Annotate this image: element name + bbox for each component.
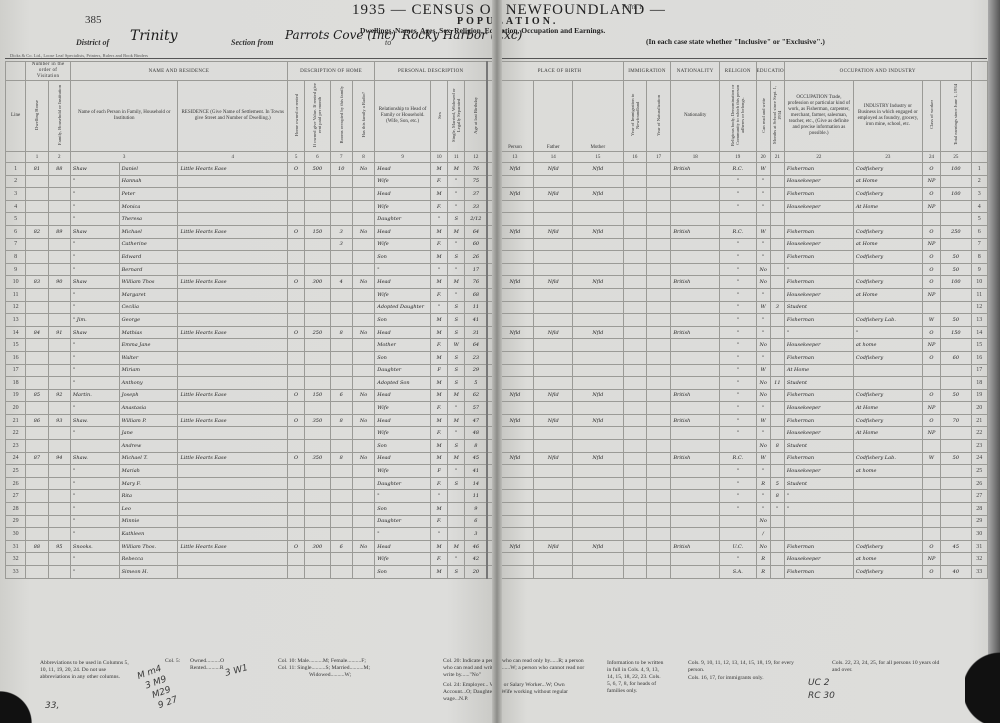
residence [178, 465, 288, 478]
months-school [770, 553, 784, 566]
every-person-note: Cols. 9, 10, 11, 12, 13, 14, 15, 18, 19,… [688, 660, 808, 674]
read-write: W [756, 364, 770, 377]
col-header-relationship: Relationship to Head of Family or Househ… [375, 107, 430, 125]
immigration-year [623, 566, 646, 579]
earnings [941, 301, 971, 314]
marital-status: S [448, 326, 465, 339]
col-num: 25 [941, 152, 971, 163]
surname: " [70, 427, 119, 440]
col-header-marital: Single, Married, Widowed or Legally Sepa… [451, 82, 461, 148]
radio [352, 339, 374, 352]
rooms [330, 503, 352, 516]
occupation: Housekeeper [784, 553, 853, 566]
religion: " [720, 200, 757, 213]
months-school [770, 288, 784, 301]
nationality [671, 528, 720, 541]
marital-status: M [448, 414, 465, 427]
birthplace-father [534, 465, 573, 478]
age: 31 [465, 326, 487, 339]
marital-status: " [448, 175, 465, 188]
owned-rented [287, 188, 304, 201]
birthplace-father: Nfld [534, 225, 573, 238]
surname: " [70, 213, 119, 226]
occupation: Fisherman [784, 389, 853, 402]
line-number-right: 27 [971, 490, 987, 503]
given-name: Rita [119, 490, 178, 503]
sex: M [430, 414, 447, 427]
surname: " [70, 175, 119, 188]
nationality [671, 301, 720, 314]
home-value: 350 [305, 414, 330, 427]
industry: at home [853, 339, 922, 352]
age: 64 [465, 339, 487, 352]
given-name: Emma Jane [119, 339, 178, 352]
owned-rented [287, 263, 304, 276]
birthplace-father [534, 288, 573, 301]
book-spine [492, 0, 502, 723]
religion: " [720, 288, 757, 301]
family-number [48, 528, 70, 541]
group-immigration: IMMIGRATION [628, 69, 665, 74]
age: 41 [465, 465, 487, 478]
pencil-note: UC 2 [808, 678, 829, 688]
group-nationality: NATIONALITY [677, 69, 714, 74]
industry: Codfishery Lab. [853, 452, 922, 465]
religion: " [720, 175, 757, 188]
family-number [48, 515, 70, 528]
immigration-year [623, 251, 646, 264]
rooms [330, 402, 352, 415]
residence: Little Hearts Ease [178, 414, 288, 427]
immigration-year [623, 528, 646, 541]
col-num: 15 [572, 152, 623, 163]
relationship: Daughter [375, 213, 431, 226]
read-write: No [756, 389, 770, 402]
given-name: Hannah [119, 175, 178, 188]
col-header-mother: Mother [589, 145, 606, 151]
rooms [330, 263, 352, 276]
relationship: Wife [375, 288, 431, 301]
relationship: Son [375, 566, 431, 579]
family-number [48, 288, 70, 301]
birthplace-father [534, 314, 573, 327]
ten-years-note: Cols. 22, 23, 24, 25, for all persons 10… [832, 660, 942, 674]
given-name: Catherine [119, 238, 178, 251]
class-of-worker [922, 377, 940, 390]
col-header-occupation: OCCUPATION Trade, profession or particul… [785, 95, 853, 137]
naturalization-year [647, 414, 671, 427]
family-number: 89 [48, 225, 70, 238]
radio [352, 465, 374, 478]
given-name: George [119, 314, 178, 327]
line-number: 15 [6, 339, 26, 352]
age: 60 [465, 238, 487, 251]
sex: F. [430, 477, 447, 490]
marital-status: S [448, 351, 465, 364]
line-number-right: 16 [971, 351, 987, 364]
line-number: 8 [6, 251, 26, 264]
marital-status: S [448, 301, 465, 314]
given-name: Daniel [119, 163, 178, 176]
radio [352, 251, 374, 264]
industry: Codfishery [853, 188, 922, 201]
earnings: 50 [941, 251, 971, 264]
given-name: Mary F. [119, 477, 178, 490]
class-of-worker [922, 440, 940, 453]
family-number [48, 566, 70, 579]
sex: " [430, 490, 447, 503]
residence [178, 427, 288, 440]
immigration-year [623, 263, 646, 276]
pencil-note: RC 30 [808, 691, 835, 701]
birthplace-mother [572, 263, 623, 276]
home-value: 150 [305, 225, 330, 238]
residence [178, 402, 288, 415]
home-value [305, 515, 330, 528]
nationality [671, 175, 720, 188]
occupation: Fisherman [784, 251, 853, 264]
months-school [770, 276, 784, 289]
naturalization-year [647, 402, 671, 415]
rooms [330, 200, 352, 213]
naturalization-year [647, 553, 671, 566]
rooms [330, 490, 352, 503]
marital-status: M [448, 540, 465, 553]
given-name: Michael [119, 225, 178, 238]
radio: No [352, 225, 374, 238]
dwelling-number [26, 188, 48, 201]
immigration-year [623, 288, 646, 301]
radio [352, 364, 374, 377]
relationship: Daughter [375, 477, 431, 490]
dwelling-number [26, 515, 48, 528]
religion: " [720, 301, 757, 314]
birthplace-father [534, 477, 573, 490]
surname: " [70, 200, 119, 213]
line-number: 6 [6, 225, 26, 238]
home-value [305, 503, 330, 516]
sex: F. [430, 175, 447, 188]
col-num: 24 [922, 152, 940, 163]
rooms [330, 566, 352, 579]
residence: Little Hearts Ease [178, 225, 288, 238]
immigration-year [623, 452, 646, 465]
industry [853, 301, 922, 314]
immigration-year [623, 440, 646, 453]
given-name: Joseph [119, 389, 178, 402]
home-value [305, 238, 330, 251]
religion: S.A. [720, 566, 757, 579]
dwelling-number [26, 213, 48, 226]
earnings: 45 [941, 540, 971, 553]
read-write: No [756, 377, 770, 390]
industry [853, 213, 922, 226]
owned-rented [287, 339, 304, 352]
months-school: 11 [770, 377, 784, 390]
sex: F. [430, 553, 447, 566]
months-school [770, 213, 784, 226]
religion: " [720, 276, 757, 289]
owned-rented [287, 427, 304, 440]
home-value [305, 364, 330, 377]
owned-rented [287, 377, 304, 390]
family-number [48, 440, 70, 453]
rooms [330, 301, 352, 314]
col-header-earnings: Total earnings since June 1, 1934 [953, 84, 958, 145]
line-number-right: 26 [971, 477, 987, 490]
age: 46 [465, 540, 487, 553]
marital-status: S [448, 314, 465, 327]
owned-rented: O [287, 163, 304, 176]
occupation: Fisherman [784, 188, 853, 201]
col-header-radio: Has this family a Radio? [361, 92, 366, 137]
birthplace-mother [572, 351, 623, 364]
radio [352, 377, 374, 390]
immigration-year [623, 314, 646, 327]
radio [352, 402, 374, 415]
dwelling-number: 86 [26, 414, 48, 427]
owned-rented [287, 213, 304, 226]
earnings: 100 [941, 276, 971, 289]
col-num: 7 [330, 152, 352, 163]
residence [178, 213, 288, 226]
line-number: 2 [6, 175, 26, 188]
owned-rented [287, 515, 304, 528]
surname: " [70, 477, 119, 490]
residence [178, 490, 288, 503]
industry: At Home [853, 427, 922, 440]
occupation: Housekeeper [784, 200, 853, 213]
sex: M [430, 326, 447, 339]
read-write: " [756, 288, 770, 301]
age: 6 [465, 515, 487, 528]
religion: " [720, 339, 757, 352]
industry: Codfishery [853, 251, 922, 264]
surname: Shaw [70, 276, 119, 289]
nationality: British [671, 540, 720, 553]
birthplace-mother [572, 528, 623, 541]
occupation: Fisherman [784, 351, 853, 364]
given-name: Minnie [119, 515, 178, 528]
radio [352, 490, 374, 503]
radio [352, 288, 374, 301]
surname: " [70, 465, 119, 478]
religion: " [720, 414, 757, 427]
group-religion: RELIGION [725, 69, 751, 74]
sex: F [430, 364, 447, 377]
surname: " Jim. [70, 314, 119, 327]
given-name: Mariah [119, 465, 178, 478]
owned-rented: O [287, 326, 304, 339]
religion: " [720, 503, 757, 516]
relationship: Head [375, 326, 431, 339]
read-write: " [756, 188, 770, 201]
class-of-worker: O [922, 351, 940, 364]
home-value [305, 528, 330, 541]
residence: Little Hearts Ease [178, 163, 288, 176]
immigration-year [623, 339, 646, 352]
line-number-right: 29 [971, 515, 987, 528]
col-num: 5 [287, 152, 304, 163]
family-number [48, 238, 70, 251]
months-school [770, 339, 784, 352]
sex: F [430, 465, 447, 478]
radio [352, 213, 374, 226]
birthplace-father: Nfld [534, 452, 573, 465]
birthplace-mother: Nfld [572, 326, 623, 339]
birthplace-mother: Nfld [572, 414, 623, 427]
earnings [941, 465, 971, 478]
owned-rented [287, 288, 304, 301]
marital-status: M [448, 452, 465, 465]
family-number [48, 465, 70, 478]
residence: Little Hearts Ease [178, 389, 288, 402]
months-school [770, 452, 784, 465]
age: 45 [465, 452, 487, 465]
class-of-worker: NP [922, 238, 940, 251]
residence [178, 314, 288, 327]
birthplace-father: Nfld [534, 326, 573, 339]
line-number-right: 28 [971, 503, 987, 516]
home-value [305, 553, 330, 566]
industry: Codfishery [853, 389, 922, 402]
line-number: 7 [6, 238, 26, 251]
col-num: 17 [647, 152, 671, 163]
surname: " [70, 188, 119, 201]
radio [352, 566, 374, 579]
dwelling-number [26, 314, 48, 327]
birthplace-mother [572, 402, 623, 415]
age: 68 [465, 288, 487, 301]
line-number: 26 [6, 477, 26, 490]
section-from-value: Parrots Cove (Inc) [285, 28, 396, 42]
owned-rented [287, 440, 304, 453]
birthplace-father [534, 427, 573, 440]
given-name: Bernard [119, 263, 178, 276]
read-write: " [756, 351, 770, 364]
nationality: British [671, 452, 720, 465]
radio: No [352, 540, 374, 553]
dwelling-number: 82 [26, 225, 48, 238]
class-of-worker [922, 465, 940, 478]
nationality [671, 364, 720, 377]
residence [178, 263, 288, 276]
relationship: Son [375, 440, 431, 453]
line-number-right: 4 [971, 200, 987, 213]
district-value: Trinity [130, 28, 178, 44]
age: 37 [465, 188, 487, 201]
relationship: Head [375, 276, 431, 289]
col-num: 18 [671, 152, 720, 163]
family-number [48, 263, 70, 276]
relationship: Son [375, 351, 431, 364]
religion [720, 528, 757, 541]
owned-rented [287, 238, 304, 251]
birthplace-mother [572, 200, 623, 213]
surname: " [70, 339, 119, 352]
nationality [671, 465, 720, 478]
given-name: Mathias [119, 326, 178, 339]
line-number-right: 13 [971, 314, 987, 327]
rooms [330, 477, 352, 490]
rooms: 6 [330, 389, 352, 402]
marital-status [448, 490, 465, 503]
nationality [671, 377, 720, 390]
read-write: " [756, 314, 770, 327]
line-number: 12 [6, 301, 26, 314]
industry: At Home [853, 200, 922, 213]
birthplace-mother [572, 377, 623, 390]
earnings [941, 490, 971, 503]
read-write: " [756, 175, 770, 188]
immigration-year [623, 427, 646, 440]
nationality [671, 490, 720, 503]
earnings: 250 [941, 225, 971, 238]
religion [720, 213, 757, 226]
naturalization-year [647, 364, 671, 377]
surname: " [70, 553, 119, 566]
immigration-year [623, 200, 646, 213]
class-of-worker: O [922, 326, 940, 339]
rooms: 4 [330, 276, 352, 289]
rooms [330, 465, 352, 478]
earnings: 50 [941, 389, 971, 402]
naturalization-year [647, 528, 671, 541]
nationality [671, 351, 720, 364]
given-name: Andrew [119, 440, 178, 453]
rooms [330, 213, 352, 226]
residence [178, 351, 288, 364]
nationality: British [671, 225, 720, 238]
occupation: Fisherman [784, 414, 853, 427]
naturalization-year [647, 225, 671, 238]
group-visitation: Number in the order of Visitation [26, 62, 70, 80]
nationality [671, 188, 720, 201]
religion: " [720, 427, 757, 440]
industry: Codfishery [853, 414, 922, 427]
radio [352, 238, 374, 251]
age: 62 [465, 389, 487, 402]
surname: " [70, 503, 119, 516]
occupation: " [784, 490, 853, 503]
read-write: No [756, 339, 770, 352]
residence [178, 175, 288, 188]
months-school [770, 414, 784, 427]
group-name-residence: NAME AND RESIDENCE [149, 69, 210, 74]
family-number [48, 351, 70, 364]
months-school: " [770, 503, 784, 516]
class-of-worker: NP [922, 427, 940, 440]
dwelling-number: 88 [26, 540, 48, 553]
radio [352, 263, 374, 276]
given-name: Leo [119, 503, 178, 516]
nationality [671, 339, 720, 352]
immigration-year [623, 364, 646, 377]
birthplace-father [534, 566, 573, 579]
class-of-worker: NP [922, 200, 940, 213]
read-write: No [756, 276, 770, 289]
months-school [770, 251, 784, 264]
relationship: Wife [375, 200, 431, 213]
full-info-note: Information to be written in full in Col… [607, 660, 665, 695]
line-number: 17 [6, 364, 26, 377]
religion: " [720, 188, 757, 201]
months-school [770, 163, 784, 176]
line-number-right: 6 [971, 225, 987, 238]
owned-rented [287, 566, 304, 579]
radio [352, 175, 374, 188]
residence [178, 528, 288, 541]
